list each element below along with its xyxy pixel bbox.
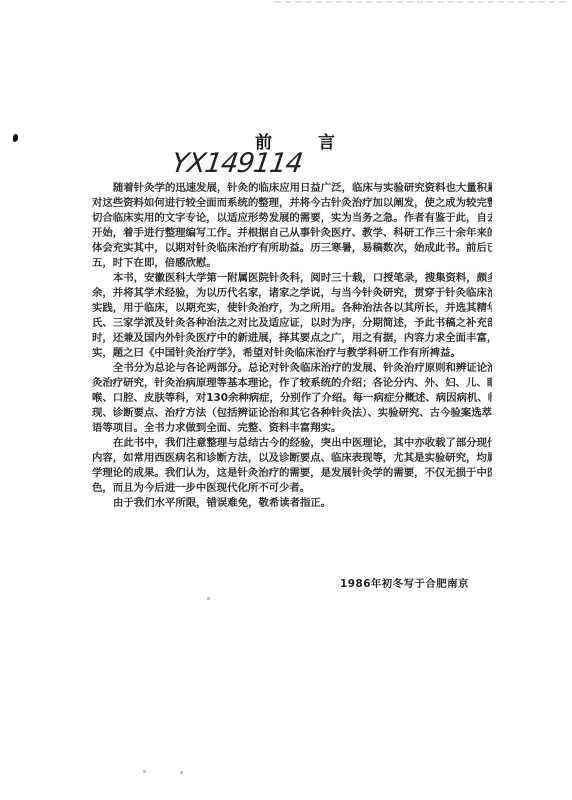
- text-line: 全书分为总论与各论两部分。总论对针灸临床治疗的发展、针灸治疗原则和辨证论治、针: [92, 361, 492, 376]
- text-line: 体会充实其中，以期对针灸临床治疗有所助益。历三寒暑，易稿数次，始成此书。前后已七…: [92, 241, 492, 256]
- text-line: 由于我们水平所限，错误难免，敬希读者指正。: [92, 496, 492, 511]
- text-line: 氏、三家学派及针灸各种治法之对比及适应证，以时为序，分期简述，予此书稿之补充部分…: [92, 316, 492, 331]
- scan-edge-artifact: [275, 1, 565, 9]
- text-line: 实，题之曰《中国针灸治疗学》，希望对针灸临床治疗与教学科研工作有所裨益。: [92, 346, 492, 361]
- text-line: 五，时下在即，倍感欣慰。: [92, 256, 492, 271]
- scan-speck: [143, 770, 146, 773]
- text-line: 开始，着手进行整理编写工作。并根据自己从事针灸医疗、教学、科研工作三十余年来的心…: [92, 226, 492, 241]
- scan-speck: [207, 597, 210, 600]
- text-line: 切合临床实用的文字专论，以适应形势发展的需要，实为当务之急。作者有鉴于此，自去年: [92, 211, 492, 226]
- text-line: 时，还兼及国内外针灸医疗中的新进展，择其要点之广，用之有据，内容力求全面丰富，更…: [92, 331, 492, 346]
- handwritten-catalog-number: YX149114: [170, 148, 304, 179]
- text-line: 色，而且为今后进一步中医现代化所不可少者。: [92, 481, 492, 496]
- signature-dateline: 1986年初冬写于合肥南京: [340, 575, 469, 590]
- text-line: 喉、口腔、皮肤等科，对130余种病症，分别作了介绍。每一病症分概述、病因病机、临…: [92, 391, 492, 406]
- text-line: 语等项目。全书力求做到全面、完整、资料丰富翔实。: [92, 421, 492, 436]
- text-line: 实践，用于临床，以期充实，使针灸治疗，为之所用。各种治法各以其所长，并选其精华，…: [92, 301, 492, 316]
- text-line: 现、诊断要点、治疗方法（包括辨证论治和其它各种针灸法）、实验研究、古今验案选萃、…: [92, 406, 492, 421]
- preface-body: 随着针灸学的迅速发展，针灸的临床应用日益广泛，临床与实验研究资料也大量积累。 对…: [92, 181, 492, 511]
- text-line: 本书，安徽医科大学第一附属医院针灸科，阅时三十载，口授笔录，搜集资料，颇多论著之: [92, 271, 492, 286]
- text-line: 随着针灸学的迅速发展，针灸的临床应用日益广泛，临床与实验研究资料也大量积累。: [92, 181, 492, 196]
- scan-speck: [180, 771, 183, 774]
- text-line: 内容，如常用西医病名和诊断方法，以及诊断要点、临床表现等，尤其是实验研究，均属现…: [92, 451, 492, 466]
- text-line: 灸治疗研究，针灸治病原理等基本理论，作了较系统的介绍；各论分内、外、妇、儿、眼、…: [92, 376, 492, 391]
- text-line: 对这些资料如何进行较全面而系统的整理，并将今古针灸治疗加以阐发，使之成为较完整而…: [92, 196, 492, 211]
- text-line: 余，并将其学术经验，为以历代名家，诸家之学说，与当今针灸研究，贯穿于针灸临床治疗…: [92, 286, 492, 301]
- text-line: 学理论的成果。我们认为，这是针灸治疗的需要，是发展针灸学的需要，不仅无损于中医特: [92, 466, 492, 481]
- text-line: 在此书中，我们注意整理与总结古今的经验，突出中医理论，其中亦收载了部分现代医学: [92, 436, 492, 451]
